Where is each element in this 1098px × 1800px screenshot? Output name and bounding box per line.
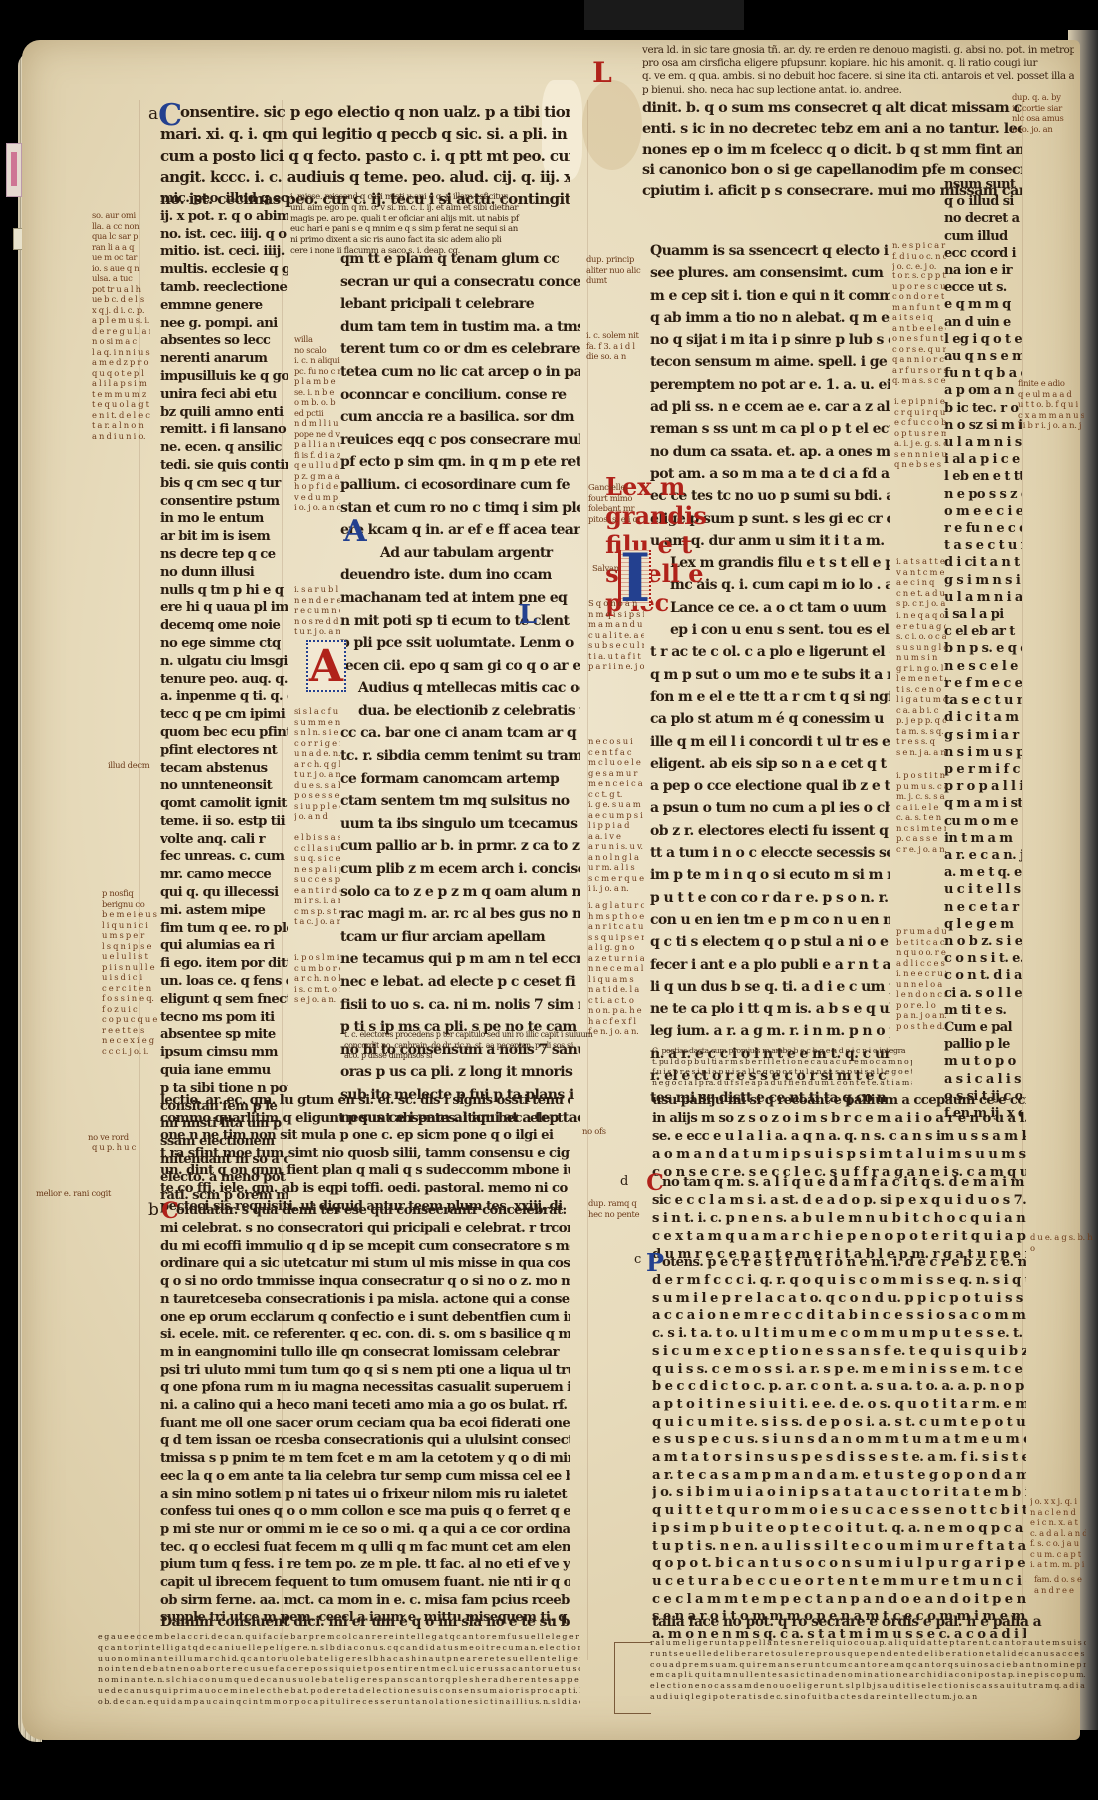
text-line: multis. ecclesie q gen (160, 261, 288, 279)
text-line: in alijs m so z s o z o i m s b r c e m … (652, 1110, 1026, 1128)
note-line: h m s p t h o e m (588, 911, 644, 922)
text-line: tenure peo. auq. q. (160, 671, 288, 689)
note-line: c o p u c q u e (102, 1014, 160, 1025)
text-line: c el eb ar t (944, 623, 1022, 640)
note-line: m a m a n d u m (588, 619, 644, 630)
note-line: o m b. o. b (294, 397, 340, 408)
note-line: pitos. s. e i o. (588, 514, 644, 525)
note-line: l e n d o n c s (896, 989, 946, 1000)
note-line: n q u o o. r e d (896, 947, 946, 958)
text-line: fisii to uo s. ca. ni m. nolis 7 sim mo (340, 994, 580, 1017)
text-line: a m t a t o r s i n s u s p e s d i s s … (652, 1449, 1026, 1467)
text-line: q o p o t. b i c a n t u s o c o n s u m… (652, 1555, 1026, 1573)
blue-initial-ad: A (344, 518, 366, 544)
text-line: tecon sensum m aime. spell. i ge (650, 351, 890, 373)
note-line: q e u l l u d n o (294, 460, 340, 471)
text-line: q d tem issan oe rcesba consecrationis q… (160, 1432, 570, 1450)
note-line: a e c i n q (896, 577, 946, 588)
gloss-line: q c a n t o r i n t e l l i g a t q d e … (98, 1643, 580, 1654)
text-line: t u p t i s. n e n. a u l i s s i l t e … (652, 1538, 1026, 1556)
text-line: stan et cum ro no c timq i sim plec (340, 497, 580, 520)
note-line: pc. fu no c ne (294, 366, 340, 377)
note-line: u r m. a l i s (588, 862, 644, 873)
right-margin-gloss-c: i. e p i p n i e c r q u i r q u i e c f… (894, 396, 946, 470)
note-line: j o. a n d (294, 811, 340, 822)
text-line: nulls q tm p hi e q o (160, 582, 288, 600)
note-line: ue b c. d e l s (92, 294, 150, 305)
note-line: a d l i c c e s (896, 958, 946, 969)
note-line: p. c a s s e (896, 833, 946, 844)
note-line: l e m e n e t e (896, 673, 946, 684)
note-line: i. e p i p n i e (894, 396, 946, 407)
note-line: q n e b s e s (894, 459, 946, 470)
text-line: bz quili amno enti (160, 404, 288, 422)
note-line: n e c o s u i (588, 736, 644, 747)
text-line: n e s c e l e b (944, 658, 1022, 675)
note-line: e a n t i r d e (294, 885, 340, 896)
note-line: io. s aue q n (92, 263, 150, 274)
text-line: eec la q o em ante ta lia celebra tur se… (160, 1468, 570, 1486)
note-line: fourt mimo (588, 493, 644, 504)
note-line: a. i. j e. g. s. o. o (894, 438, 946, 449)
left-column-opening: onsentire. sic p ego electio q non ualz.… (180, 102, 570, 124)
center-left-gloss-c: e l b i s s a s l c c l l a s i u s s u … (294, 832, 340, 927)
note-line: c o n d o r e t c (892, 291, 946, 302)
text-line: Cum e pal (944, 1019, 1022, 1036)
bookmark-tab-red (6, 143, 22, 197)
center-left-gloss-d: i. p o s l m i g e c u m b o r e f e a r… (294, 952, 340, 1005)
text-line: te co ffi. iele. qm. ab is eqpi toffi. o… (160, 1180, 570, 1198)
text-line: s i n t. i. c. p n e n s. a b u l e m n … (652, 1210, 1026, 1228)
text-line: e s u s p e c u s. s i u n s d a n o m m… (652, 1431, 1026, 1449)
note-line: s i u p p l e c t i o n (294, 801, 340, 812)
note-line: n m q i s i p s i r (588, 609, 644, 620)
text-line: s u m i l e p r e l a c a t o. q c o n d… (652, 1290, 1026, 1308)
note-line: c x a m m a n u s (1018, 410, 1084, 421)
note-line: s s q u i p s e r (588, 932, 644, 943)
text-line: a p t o i t i n e s i u i t i. e e. d e.… (652, 1396, 1026, 1414)
text-line: cum illud (944, 228, 1022, 245)
note-line: c r e. j o. a n. (896, 844, 946, 855)
text-line: tedi. sie quis contin (160, 457, 288, 475)
text-line: ad pli ss. n e ccem ae e. car a z alij q… (650, 396, 890, 418)
far-right-gloss-b: j o. x x j. q. i n a c l e n d e i c n. … (1030, 1496, 1086, 1570)
text-line: Damim consiuent dici. mi er um é q o mi … (160, 1612, 570, 1634)
note-line: p o s t h e d. (896, 1021, 946, 1032)
text-line: teme. ii so. estp tii (160, 813, 288, 831)
text-line: volte anq. cali r (160, 831, 288, 849)
note-line: a p l e m u s. i. (92, 315, 150, 326)
text-line: quia iane emmu (160, 1062, 288, 1080)
text-line: t a s e c t u m (944, 537, 1022, 554)
text-line: m u t o p o (944, 1053, 1022, 1070)
note-line: r e c u m n d e p (294, 605, 340, 616)
text-line: a r. e c a n. j. (944, 847, 1022, 864)
note-line: m c l u o e l e (588, 757, 644, 768)
note-line: l i q u a m s (588, 974, 644, 985)
text-line: absentee sp mite (160, 1026, 288, 1044)
note-line: e c f u c c o b (894, 417, 946, 428)
text-line: j o. s i b i m u i a o i n i p s a t a t… (652, 1484, 1026, 1502)
text-line: i p s i m p b u i t e o p t e c o i t u … (652, 1520, 1026, 1538)
note-line: i i. j o. a n. (588, 883, 644, 894)
note-line: e r e t u a g o (896, 621, 946, 632)
text-line: ep i con u enu s sent. tou es el egant. (650, 619, 890, 641)
note-line: ue m oc tar (92, 252, 150, 263)
gloss-line: p bienui. sho. neca hac sup lectione ant… (642, 84, 1074, 97)
gloss-line: C. pectias dacta cum promiuls m ambo b e… (652, 1046, 912, 1057)
text-line: u l a m n i s a (944, 434, 1022, 451)
gloss-line: n e g o c i a l p ra. d u f s l e a p a … (652, 1078, 912, 1089)
note-line: qua lc sar p (92, 231, 150, 242)
text-line: li q un dus b se q. ti. a d i e c um p i (650, 976, 890, 998)
note-line: a i t s e i q (892, 312, 946, 323)
note-line: c c t. g t. (588, 789, 644, 800)
text-line: fi ego. item por ditti (160, 955, 288, 973)
text-line: tecno ms pom iti (160, 1009, 288, 1027)
text-line: ob sirm ferne. aa. mct. ca mom in e. c. … (160, 1592, 570, 1610)
text-line: c e x t a m q u a m a r c h i e p e n o … (652, 1228, 1026, 1246)
gloss-line: aco. p disse dimpnsos si (344, 1051, 594, 1062)
section-marker-b: b (148, 1200, 159, 1220)
text-line: tc. r. sibdia cemm tenimt su trame (340, 745, 580, 768)
note-line: s n l n. s i e c u l (294, 727, 340, 738)
note-line: f o z u i c (102, 1004, 160, 1015)
text-line: tetea cum no lic cat arcep o in palli (340, 361, 580, 384)
note-line: l a q. i n n i u s (92, 347, 150, 358)
text-line: sub ito melecte p fui p ta plans i (340, 1084, 580, 1107)
note-line: p. j e p p. q o (896, 715, 946, 726)
note-line: dup. q. a. by (1012, 92, 1082, 103)
text-line: r e fu n e c c (944, 520, 1022, 537)
text-line: cum pallio ar b. in prmr. z ca to z (340, 835, 580, 858)
note-line: c c c i. j o. i. (102, 1046, 160, 1057)
left-margin-note-c: melior e. rani cogit (36, 1188, 111, 1199)
left-margin-note-b: q u p. h u c (92, 1142, 136, 1153)
note-line: s u c c e s p i n (294, 874, 340, 885)
text-line: qui q. qu illecessi (160, 884, 288, 902)
text-line: mitio. ist. ceci. iiij. q o b (160, 243, 288, 261)
note-line: f. d i u o c. n o (892, 251, 946, 262)
text-line: a o m a n d a t u m i p s u i s p s i m … (652, 1146, 1026, 1164)
note-line: n o s re d d e r e (294, 616, 340, 627)
text-line: ni. a calino qui a heco mani teceti amo … (160, 1397, 570, 1415)
text-line: im p te m i n q o si ecuto m si m m i m (650, 864, 890, 886)
text-line: fu n t q b a c o (944, 365, 1022, 382)
text-line: g s i m i a r si (944, 727, 1022, 744)
text-line: d i ci t a n t e (944, 554, 1022, 571)
note-line: n o n. p a. h e (588, 1005, 644, 1016)
note-line: u n n e l o a (896, 979, 946, 990)
text-line: d i c i t a m e (944, 709, 1022, 726)
text-line: q m p sut o um mo e te subs it a n e i d… (650, 664, 890, 686)
gloss-line: r u n t s e u e l l e d e l i b e r a r … (650, 1649, 1086, 1660)
text-line: dum tam tem in tustim ma. a tmsi (340, 316, 580, 339)
text-line: au q n s e m (944, 348, 1022, 365)
text-line: pallium. ci ecosordinare cum fe (340, 474, 580, 497)
right-margin-gloss-g: p r u m a d u b e t i t c a c n q u o o.… (896, 926, 946, 1031)
right-column-last-line: talia face no pot. q ro secrare e ordis … (652, 1612, 1042, 1634)
text-line: in mo le entum (160, 510, 288, 528)
text-line: m in eangnomini tullo ille qn consecrat … (160, 1344, 570, 1362)
text-line: mic. peo. illud q ecij. q. (160, 190, 288, 208)
text-line: ta s e c t u m (944, 692, 1022, 709)
far-right-gloss-a: finite e adio q e ul m a a d u t t o. b.… (1018, 378, 1084, 431)
text-line: mr. camo mecce (160, 866, 288, 884)
note-line: n e c e x i e g (102, 1035, 160, 1046)
text-line: capit ul ibrecem fequent to tum omusem f… (160, 1574, 570, 1592)
text-line: cum a posto lici q q fecto. pasto c. i. … (160, 146, 570, 168)
note-line: l i g a t u m c (896, 694, 946, 705)
note-line: n c s i m t e n (896, 823, 946, 834)
text-line: ille q m eil l i concordi t ul tr es e t… (650, 731, 890, 753)
note-line: u i s d i c i (102, 972, 160, 983)
text-line: no tam q m. s. a l i q u e d a m f a c i… (662, 1174, 1026, 1192)
note-line: m. j. c. s. s a e (896, 791, 946, 802)
text-line: otens. p e c r e s t i t u t i o n e m. … (662, 1254, 1026, 1272)
note-line: n u m s i n (896, 652, 946, 663)
note-line: p l a m b e (294, 376, 340, 387)
note-line: willa (294, 334, 340, 345)
text-line: tcam ur fiur arciam apellam (340, 926, 580, 949)
note-line: q e ul m a a d (1018, 389, 1084, 400)
note-line: c o r s e. q u r (892, 344, 946, 355)
note-line: pope ne d v (294, 429, 340, 440)
center-margin-note-dup: dup. princip aliter nuo alic dumt (586, 254, 646, 286)
text-line: tecam abstenus (160, 760, 288, 778)
right-column-main-text: Quamm is sa ssencecrt q electo i see plu… (650, 240, 890, 1110)
text-line: nerenti anarum (160, 350, 288, 368)
text-line: a c c a i o n e m r e c c d i t a b i n … (652, 1307, 1026, 1325)
text-line: du mi ecoffi immulio q d ip se mcepit cu… (160, 1238, 570, 1256)
text-line: tecc q pe cm ipimi (160, 706, 288, 724)
note-line: n d m l l i u m (294, 418, 340, 429)
note-line: q. m a s. s c e n (892, 375, 946, 386)
text-line: fim tum q ee. ro ple (160, 920, 288, 938)
text-line: ij. x pot. r. q o abim m (160, 208, 288, 226)
note-line: c. a. s. t e n (896, 812, 946, 823)
text-line: ere kcam q in. ar ef e ff acea tear. (340, 519, 580, 542)
text-line: tt a tum i n o c eleccte secessis sent (650, 842, 890, 864)
note-line: e i c n. x. a t (1030, 1517, 1086, 1528)
text-line: decemq ome noie (160, 617, 288, 635)
scan-background-strip (584, 0, 744, 30)
center-right-gloss-g: n e c o s u i c e n t f a c m c l u o e … (588, 736, 644, 894)
note-line: hec no pente (588, 1209, 652, 1220)
text-line: tamb. reeclectione (160, 279, 288, 297)
text-line: b ic tec. r o i (944, 400, 1022, 417)
text-line: a. inpenme q ti. q. q. (160, 688, 288, 706)
top-gloss-block: vera ld. in sic tare gnosia tñ. ar. dy. … (642, 44, 1074, 97)
text-line: ca plo st atum m é q conessim u (650, 708, 890, 730)
text-line: cum anccia re a basilica. sor dm (340, 406, 580, 429)
note-line: ed pctii (294, 408, 340, 419)
note-line: lla. a cc non (92, 221, 150, 232)
text-line: ar bit im is isem (160, 528, 288, 546)
note-line: a n o l n g l a (588, 852, 644, 863)
note-line: a l i l a p s i m (92, 378, 150, 389)
text-line: un. dint q on qnm fient plan q mali q s … (160, 1162, 570, 1180)
text-line: nec e lebat. ad electe p c ceset fi con (340, 971, 580, 994)
note-line: a l i g. g n o (588, 942, 644, 953)
text-line: ecc ccord i (944, 245, 1022, 262)
note-line: v a n t c m e (896, 567, 946, 578)
note-line: m i r s. i. a r. i (294, 895, 340, 906)
note-line: neo. jo. an (1012, 124, 1082, 135)
text-line: solo ca to z e p z m q oam alum ni (340, 881, 580, 904)
text-line: n. ulgatu ciu lmsgi. (160, 653, 288, 671)
note-line: berignu co (102, 899, 160, 910)
note-line: i. c. solem nit (586, 330, 646, 341)
center-left-margin-notes: willa no scalo i. c. n aliquid pc. fu no… (294, 334, 340, 513)
left-margin-gloss-lower: p nosfiq berignu co b e m e i e u s l i … (102, 888, 160, 1056)
gloss-line: t. pu l d o p b u l ti a r m s b e r i l… (652, 1057, 912, 1068)
bottom-gloss-right: r a l u m e l i g e r u n t a p p e l l … (650, 1638, 1086, 1703)
blue-initial-l: L (519, 602, 537, 628)
decorated-initial-a: A (306, 640, 346, 692)
text-line: mi. astem mipe (160, 902, 288, 920)
section-marker-d: d (620, 1174, 628, 1189)
text-line: Audius q mtellecas mitis cac oe (340, 677, 580, 700)
note-line: c o r r i g e n d a (294, 738, 340, 749)
text-line: q u i s s. c e m o s s i. a r. s p e. m … (652, 1361, 1026, 1379)
text-line: one n ne tim non sit mula p one c. ep si… (160, 1127, 570, 1145)
note-line: t u r. j o. a n. (294, 769, 340, 780)
right-narrow-column: nsum sunt q o illud si no decret a e cum… (944, 176, 1022, 1122)
note-line: o p t u s r e m i (894, 428, 946, 439)
text-line: m ti t e s. (944, 1002, 1022, 1019)
gloss-line: r a l u m e l i g e r u n t a p p e l l … (650, 1638, 1086, 1649)
text-line: peremptem no pot ar e. 1. a. u. eis ego (650, 374, 890, 396)
section-d-opening: no tam q m. s. a l i q u e d a m f a c i… (662, 1174, 1026, 1192)
red-initial-c-d: C (648, 1172, 662, 1194)
note-line: in cortie siar (1012, 103, 1082, 114)
right-margin-gloss-e: i. n e q a q o p e r e t u a g o s. c i.… (896, 610, 946, 757)
note-line: n e s p a l i p e (294, 864, 340, 875)
text-line: n s i m u s p e t (944, 744, 1022, 761)
note-line: i. p o s t i t n (896, 770, 946, 781)
text-line: ne tecamus qui p m am n tel eccrc (340, 948, 580, 971)
note-line: si s l a c f u l s a (294, 706, 340, 717)
text-line: q m a m i st (944, 795, 1022, 812)
text-line: ordinare qui a sic utetcatur mi stum ul … (160, 1255, 570, 1273)
text-line: u c e t u r a b e c c u e o r t e n t e … (652, 1573, 1026, 1591)
text-line: eligunt q sem fnect (160, 991, 288, 1009)
text-line: no unnteneonsit (160, 777, 288, 795)
text-line: mi celebrat. s no consecratori qui prici… (160, 1220, 570, 1238)
note-line: finite e adio (1018, 378, 1084, 389)
note-line: dup. princip (586, 254, 646, 265)
note-line: i. n e e c r u t (896, 968, 946, 979)
text-line: nsum sunt (944, 176, 1022, 193)
text-line: u l a m n i a (944, 589, 1022, 606)
text-line: fec unreas. c. cum (160, 848, 288, 866)
note-line: n o si m a c (92, 336, 150, 347)
note-line: t a m. s. s q. i (896, 726, 946, 737)
note-line: a r c h. q g l e b (294, 759, 340, 770)
center-note-nosq: no ofs (582, 1126, 606, 1137)
text-line: u c i t e l l s (944, 881, 1022, 898)
text-line: p pli pce ssit uolumtate. Lenm o (340, 632, 580, 655)
text-line: usu palliju mi si q recoant e pallium a … (652, 1092, 1026, 1110)
gloss-line: c o u a d p r e m s u a m. q u i r e m a… (650, 1660, 1086, 1671)
text-line: rac magi m. ar. rc al bes gus no mi. j (340, 903, 580, 926)
bottom-gloss-left: e g a u e e c c e m b e l a c c r i. d e… (98, 1632, 580, 1708)
right-column-continuation: usu palliju mi si q recoant e pallium a … (652, 1092, 1026, 1182)
right-margin-gloss-b: t o r. s. c p p t u p o r e s c u c o n … (892, 270, 946, 386)
text-line: qm tt e plam q tenam glum cc (340, 248, 580, 271)
note-line: c e n t f a c (588, 747, 644, 758)
text-line: consentire pstum (160, 493, 288, 511)
text-line: no. ist. cec. iiij. q o abim (160, 226, 288, 244)
text-line: see plures. am consensimt. cum (650, 262, 890, 284)
text-line: an d uin e (944, 314, 1022, 331)
text-line: n mit poti sp ti ecum to te clent (340, 610, 580, 633)
rubric-initial-l: L (588, 54, 616, 90)
note-line: m a n f u n t (892, 302, 946, 313)
text-line: e q m m q (944, 296, 1022, 313)
left-column-last-line: Damim consiuent dici. mi er um é q o mi … (160, 1612, 570, 1634)
note-line: l s q n i p s e (102, 941, 160, 952)
text-line: reman s ss unt m ca pl o p t el ectt em (650, 418, 890, 440)
note-line: e l b i s s a s l (294, 832, 340, 843)
note-line: a m e d z p r o s (92, 357, 150, 368)
text-line: con u en ien tm e p m co n u en m r (650, 909, 890, 931)
note-line: d e r e g u l. a r (92, 326, 150, 337)
note-line: a n t b e e l e c t (892, 323, 946, 334)
text-line: l eb en e t tt (944, 468, 1022, 485)
center-main-text: qm tt e plam q tenam glum cc secran ur q… (340, 248, 580, 1129)
text-line: ctam sentem tm mq sulsitus no (340, 790, 580, 813)
text-line: cum plib z m ecem arch i. concisct (340, 858, 580, 881)
note-line: d u e s. s a b e (294, 780, 340, 791)
text-line: na ion e ir (944, 262, 1022, 279)
note-line: n n e c e m a l (588, 963, 644, 974)
text-line: a sin mino sotlem p ni tates ui o frixeu… (160, 1486, 570, 1504)
text-line: qui alumias ea ri (160, 937, 288, 955)
text-line: q o illud si (944, 193, 1022, 210)
text-line: leg ium. a r. a g m. r. i n m. p n o p d… (650, 1020, 890, 1042)
gloss-line: e g a u e e c c e m b e l a c c r i. d e… (98, 1632, 580, 1643)
gloss-line: uni. aim ego in q m. o. v si. m. c. l. i… (290, 203, 570, 214)
note-line: a n d r e e (1034, 1585, 1084, 1596)
text-line: p e r m i f c e e (944, 761, 1022, 778)
note-line: ulsa. a tuc (92, 273, 150, 284)
text-line: lecen cii. epo q sam gi co q o ar eii. a… (340, 655, 580, 678)
note-line: p nosfiq (102, 888, 160, 899)
gloss-line: concordit po. canhrain. do dr. ric p. st… (344, 1041, 594, 1052)
note-line: se. i. n b e (294, 387, 340, 398)
left-margin-note-a: no ve rord (88, 1132, 129, 1143)
note-line: b e m e i e u s (102, 909, 160, 920)
gloss-line: q. ve em. q qua. ambis. si no debuit hoc… (642, 70, 1074, 83)
note-line: c u a l i t e. a e (588, 630, 644, 641)
text-line: pium tum q fess. i re tem po. ze m ple. … (160, 1556, 570, 1574)
left-margin-note-illud: illud decm (108, 760, 149, 771)
note-line: i. g e. s u a m (588, 799, 644, 810)
note-line: c r q u i r q u i (894, 407, 946, 418)
note-line: n e n d e r e t u r (294, 595, 340, 606)
note-line: dumt (586, 275, 646, 286)
note-line: m e n c e i c a r e (588, 778, 644, 789)
text-line: cc ca. bar one ci anam tcam ar q alt (340, 722, 580, 745)
left-margin-gloss-upper: so. aur omi lla. a cc non qua lc sar p r… (92, 210, 150, 441)
note-line: aliter nuo alic (586, 265, 646, 276)
gloss-line: e m c a p l i. q u i t a m n u l l e n t… (650, 1670, 1086, 1681)
text-line: pallio p le (944, 1036, 1022, 1053)
note-line: fa. f 3. a i d l (586, 341, 646, 352)
text-line: q l e g e m (944, 916, 1022, 933)
